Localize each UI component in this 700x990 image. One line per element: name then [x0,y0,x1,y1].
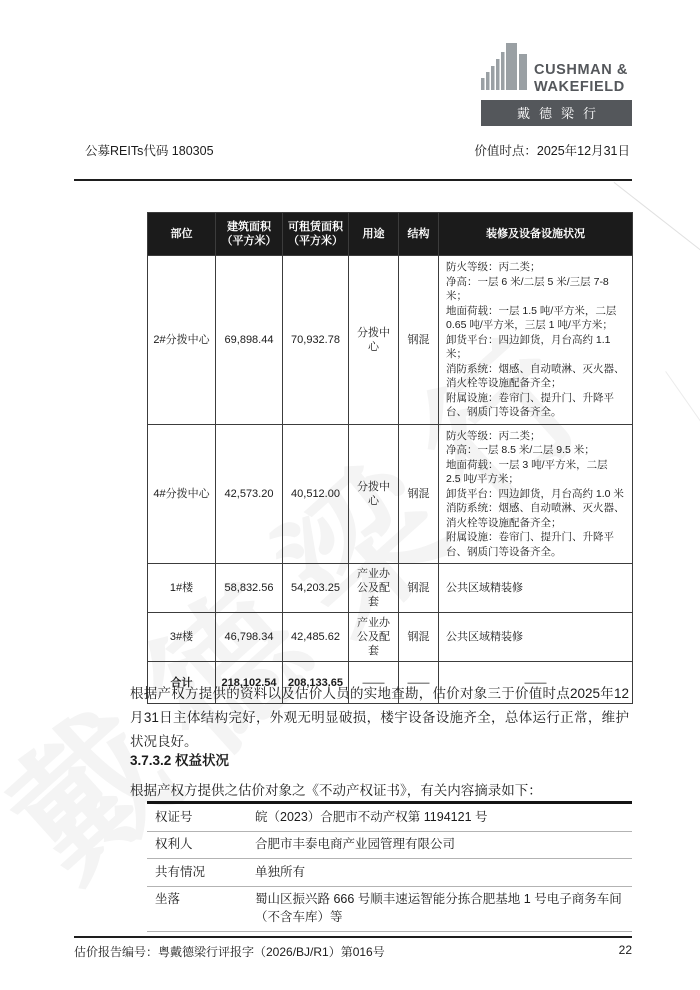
col-header-gfa: 建筑面积（平方米） [216,213,283,256]
table-header-row: 部位 建筑面积（平方米） 可租赁面积（平方米） 用途 结构 装修及设备设施状况 [148,213,633,256]
footer-rule [74,936,632,938]
reit-code: 公募REITs代码 180305 [85,141,214,159]
table-row: 1#楼 58,832.56 54,203.25 产业办公及配套 钢混 公共区域精… [148,564,633,613]
scan-streak [665,371,700,470]
cell-part: 1#楼 [148,564,216,613]
cell-part: 4#分拨中心 [148,424,216,564]
table-row: 权证号 皖（2023）合肥市不动产权第 1194121 号 [147,804,632,832]
cell-structure: 钢混 [399,564,439,613]
brand-cn-bar: 戴德梁行 [481,100,632,126]
brand-name: CUSHMAN & WAKEFIELD [534,62,628,95]
cell-use: 分拨中心 [349,424,399,564]
table-row: 3#楼 46,798.34 42,485.62 产业办公及配套 钢混 公共区域精… [148,613,633,662]
cell-condition: 防火等级：丙二类； 净高：一层 6 米/二层 5 米/三层 7-8 米； 地面荷… [439,256,633,425]
brand-name-line1: CUSHMAN & [534,62,628,78]
inspection-paragraph: 根据产权方提供的资料以及估价人员的实地查勘，估价对象三于价值时点2025年12月… [130,682,629,754]
building-condition-table: 部位 建筑面积（平方米） 可租赁面积（平方米） 用途 结构 装修及设备设施状况 … [147,212,633,704]
col-header-condition: 装修及设备设施状况 [439,213,633,256]
cert-label: 坐落 [147,891,255,926]
cell-leasable: 40,512.00 [283,424,349,564]
header-rule [74,179,632,181]
brand-name-line2: WAKEFIELD [534,79,625,95]
col-header-part: 部位 [148,213,216,256]
cert-value: 皖（2023）合肥市不动产权第 1194121 号 [255,809,632,827]
table-row: 4#分拨中心 42,573.20 40,512.00 分拨中心 钢混 防火等级：… [148,424,633,564]
cell-leasable: 54,203.25 [283,564,349,613]
cert-value: 单独所有 [255,864,632,882]
cell-structure: 钢混 [399,424,439,564]
cert-value: 蜀山区振兴路 666 号顺丰速运智能分拣合肥基地 1 号电子商务车间（不含车库）… [255,891,632,926]
table-row: 坐落 蜀山区振兴路 666 号顺丰速运智能分拣合肥基地 1 号电子商务车间（不含… [147,887,632,932]
report-page: 戴德梁行 CUSHMAN & [0,0,700,990]
cert-label: 共有情况 [147,864,255,882]
col-header-structure: 结构 [399,213,439,256]
cert-value: 合肥市丰泰电商产业园管理有限公司 [255,836,632,854]
report-number: 估价报告编号：粤戴德梁行评报字（2026/BJ/R1）第016号 [74,943,385,960]
col-header-use: 用途 [349,213,399,256]
cell-leasable: 42,485.62 [283,613,349,662]
value-date: 价值时点：2025年12月31日 [474,141,630,159]
cell-part: 3#楼 [148,613,216,662]
cell-gfa: 69,898.44 [216,256,283,425]
certificate-table: 权证号 皖（2023）合肥市不动产权第 1194121 号 权利人 合肥市丰泰电… [147,801,632,932]
cell-gfa: 46,798.34 [216,613,283,662]
cell-condition: 公共区域精装修 [439,564,633,613]
cell-gfa: 42,573.20 [216,424,283,564]
cell-condition: 公共区域精装修 [439,613,633,662]
page-number: 22 [619,943,632,960]
cell-structure: 钢混 [399,613,439,662]
cert-label: 权利人 [147,836,255,854]
cell-leasable: 70,932.78 [283,256,349,425]
cell-gfa: 58,832.56 [216,564,283,613]
page-footer: 估价报告编号：粤戴德梁行评报字（2026/BJ/R1）第016号 22 [74,943,632,960]
cert-label: 权证号 [147,809,255,827]
cell-part: 2#分拨中心 [148,256,216,425]
table-row: 2#分拨中心 69,898.44 70,932.78 分拨中心 钢混 防火等级：… [148,256,633,425]
cell-use: 分拨中心 [349,256,399,425]
cell-use: 产业办公及配套 [349,564,399,613]
building-bars-icon [481,40,527,95]
page-header: 公募REITs代码 180305 价值时点：2025年12月31日 [85,141,630,159]
cell-condition: 防火等级：丙二类； 净高：一层 8.5 米/二层 9.5 米； 地面荷载：一层 … [439,424,633,564]
col-header-leasable: 可租赁面积（平方米） [283,213,349,256]
table-row: 权利人 合肥市丰泰电商产业园管理有限公司 [147,832,632,860]
cert-intro-paragraph: 根据产权方提供之估价对象之《不动产权证书》，有关内容摘录如下： [130,779,629,799]
cushman-wakefield-logo: CUSHMAN & WAKEFIELD 戴德梁行 [481,40,632,126]
cell-structure: 钢混 [399,256,439,425]
table-row: 共有情况 单独所有 [147,859,632,887]
cell-use: 产业办公及配套 [349,613,399,662]
section-heading: 3.7.3.2 权益状况 [130,749,229,769]
